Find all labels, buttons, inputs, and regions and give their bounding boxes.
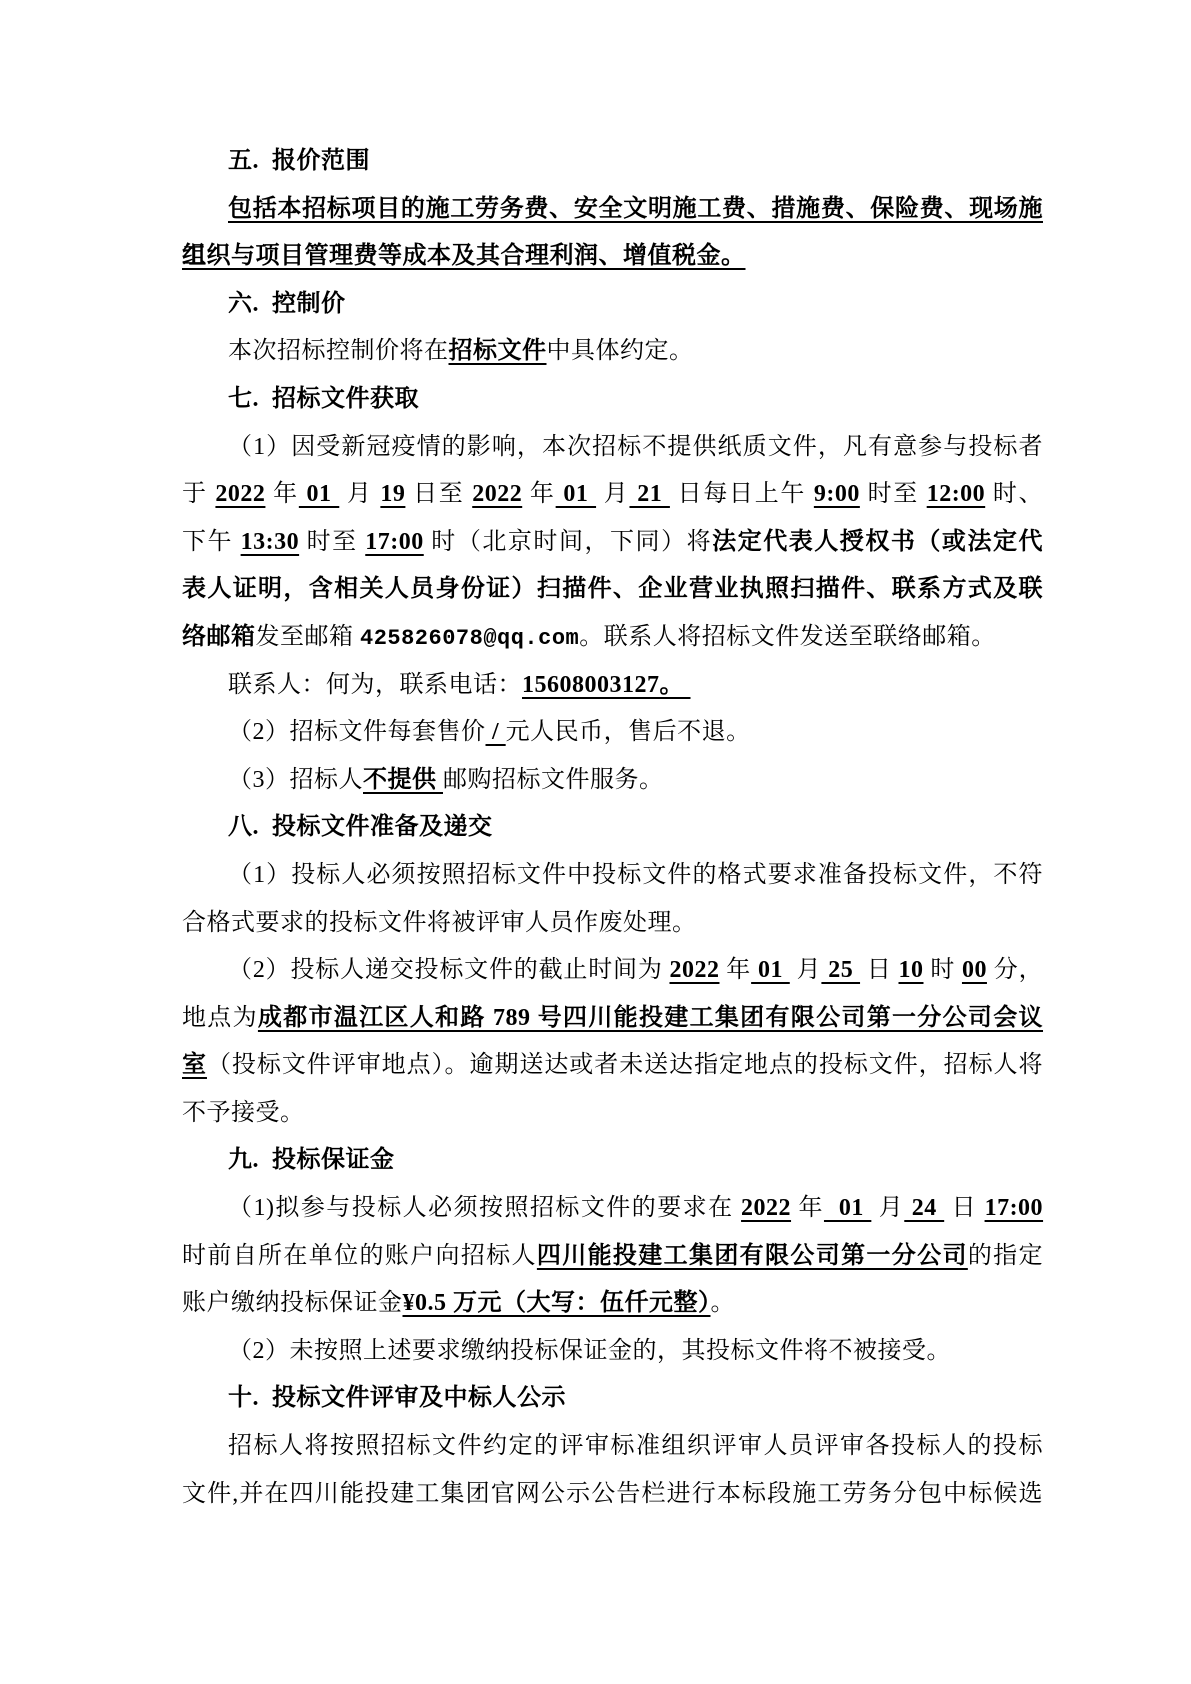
section-heading-7: 七. 招标文件获取 xyxy=(182,376,1043,424)
text-segment: 日每日上午 xyxy=(670,481,814,507)
text-segment: 时、 xyxy=(985,481,1043,507)
text-segment: 时至 xyxy=(860,481,927,507)
text-segment: 年 xyxy=(265,481,298,507)
text-segment: 时 xyxy=(924,957,962,983)
text-line: 表人证明，含相关人员身份证）扫描件、企业营业执照扫描件、联系方式及联 xyxy=(182,566,1043,614)
text-segment: 日至 xyxy=(405,481,472,507)
text-line: 地点为成都市温江区人和路 789 号四川能投建工集团有限公司第一分公司会议 xyxy=(182,995,1043,1043)
heading-text: 九. 投标保证金 xyxy=(228,1147,395,1173)
contact-phone: 15608003127。 xyxy=(522,672,691,698)
text-line: （2）招标文件每套售价 / 元人民币，售后不退。 xyxy=(182,709,1043,757)
mail-order-availability: 不提供 xyxy=(363,767,443,793)
text-line: 不予接受。 xyxy=(182,1090,1043,1138)
section-heading-10: 十. 投标文件评审及中标人公示 xyxy=(182,1375,1043,1423)
heading-text: 八. 投标文件准备及递交 xyxy=(228,814,493,840)
text-segment: 邮购招标文件服务。 xyxy=(443,767,664,793)
text-segment: 不予接受。 xyxy=(182,1100,305,1126)
afternoon-end-time: 17:00 xyxy=(365,529,424,555)
text-segment: 于 xyxy=(182,481,215,507)
document-price: / xyxy=(486,719,506,745)
text-line: 室（投标文件评审地点）。逾期送达或者未送达指定地点的投标文件，招标人将 xyxy=(182,1042,1043,1090)
end-year: 2022 xyxy=(472,481,522,507)
section-heading-9: 九. 投标保证金 xyxy=(182,1137,1043,1185)
text-segment: （2）未按照上述要求缴纳投标保证金的，其投标文件将不被接受。 xyxy=(228,1338,951,1364)
quote-scope-text: 组织与项目管理费等成本及其合理利润、增值税金。 xyxy=(182,243,746,269)
text-segment: 年 xyxy=(791,1195,824,1221)
text-line: 于 2022 年 01 月 19 日至 2022 年 01 月 21 日每日上午… xyxy=(182,471,1043,519)
text-segment: 月 xyxy=(339,481,380,507)
contact-person-label: 联系人：何为，联系电话： xyxy=(228,672,522,698)
start-year: 2022 xyxy=(215,481,265,507)
text-line: （1）因受新冠疫情的影响，本次招标不提供纸质文件，凡有意参与投标者 xyxy=(182,424,1043,472)
section-heading-8: 八. 投标文件准备及递交 xyxy=(182,804,1043,852)
text-segment: 年 xyxy=(522,481,555,507)
heading-text: 七. 招标文件获取 xyxy=(228,386,419,412)
text-segment: 月 xyxy=(790,957,822,983)
text-segment: 合格式要求的投标文件将被评审人员作废处理。 xyxy=(182,910,697,936)
deadline-month: 01 xyxy=(751,957,790,983)
text-segment: 发至邮箱 xyxy=(256,624,361,650)
text-segment: 时（北京时间，下同）将 xyxy=(424,529,712,555)
text-line: 下午 13:30 时至 17:00 时（北京时间，下同）将法定代表人授权书（或法… xyxy=(182,519,1043,567)
text-line: （1)拟参与投标人必须按照招标文件的要求在 2022 年 01 月 24 日 1… xyxy=(182,1185,1043,1233)
heading-text: 五. 报价范围 xyxy=(228,148,370,174)
text-line: （2）未按照上述要求缴纳投标保证金的，其投标文件将不被接受。 xyxy=(182,1328,1043,1376)
text-segment: 招标人将按照招标文件约定的评审标准组织评审人员评审各投标人的投标 xyxy=(228,1433,1043,1459)
heading-text: 十. 投标文件评审及中标人公示 xyxy=(228,1385,566,1411)
document-body: 五. 报价范围包括本招标项目的施工劳务费、安全文明施工费、措施费、保险费、现场施… xyxy=(182,138,1043,1518)
end-day: 21 xyxy=(629,481,669,507)
text-line: 本次招标控制价将在招标文件中具体约定。 xyxy=(182,328,1043,376)
text-line: （1）投标人必须按照招标文件中投标文件的格式要求准备投标文件，不符 xyxy=(182,852,1043,900)
text-line: 联系人：何为，联系电话：15608003127。 xyxy=(182,662,1043,710)
heading-text: 六. 控制价 xyxy=(228,291,346,317)
text-line: 账户缴纳投标保证金¥0.5 万元（大写：伍仟元整）。 xyxy=(182,1280,1043,1328)
section-heading-5: 五. 报价范围 xyxy=(182,138,1043,186)
start-month: 01 xyxy=(299,481,339,507)
deposit-deadline-day: 24 xyxy=(904,1195,944,1221)
text-line: 文件,并在四川能投建工集团官网公示公告栏进行本标段施工劳务分包中标候选 xyxy=(182,1471,1043,1519)
text-segment: 下午 xyxy=(182,529,241,555)
text-segment: 本次招标控制价将在 xyxy=(228,338,449,364)
text-segment: （1)拟参与投标人必须按照招标文件的要求在 xyxy=(228,1195,741,1221)
text-line: （3）招标人不提供 邮购招标文件服务。 xyxy=(182,757,1043,805)
morning-end-time: 12:00 xyxy=(927,481,986,507)
emphasis-text: 招标文件 xyxy=(449,338,547,364)
text-segment: 文件,并在四川能投建工集团官网公示公告栏进行本标段施工劳务分包中标候选 xyxy=(182,1481,1043,1507)
text-segment: （投标文件评审地点）。逾期送达或者未送达指定地点的投标文件，招标人将 xyxy=(207,1052,1043,1078)
text-segment: 的指定 xyxy=(968,1243,1043,1269)
text-segment: 时至 xyxy=(299,529,365,555)
text-segment: 日 xyxy=(860,957,898,983)
required-documents-text: 法定代表人授权书（或法定代 xyxy=(712,529,1043,555)
text-line: 时前自所在单位的账户向招标人四川能投建工集团有限公司第一分公司的指定 xyxy=(182,1233,1043,1281)
text-segment: 时前自所在单位的账户向招标人 xyxy=(182,1243,537,1269)
submission-address: 室 xyxy=(182,1052,207,1078)
text-segment: 。 xyxy=(711,1290,736,1316)
text-segment: 日 xyxy=(944,1195,984,1221)
deadline-year: 2022 xyxy=(669,957,719,983)
text-line: （2）投标人递交投标文件的截止时间为 2022 年 01 月 25 日 10 时… xyxy=(182,947,1043,995)
text-segment: 分， xyxy=(987,957,1043,983)
afternoon-start-time: 13:30 xyxy=(241,529,300,555)
morning-start-time: 9:00 xyxy=(814,481,860,507)
deadline-hour: 10 xyxy=(899,957,924,983)
deposit-deadline-time: 17:00 xyxy=(985,1195,1044,1221)
deadline-minute: 00 xyxy=(962,957,987,983)
text-line: 组织与项目管理费等成本及其合理利润、增值税金。 xyxy=(182,233,1043,281)
text-segment: 元人民币，售后不退。 xyxy=(506,719,751,745)
required-documents-text: 表人证明，含相关人员身份证）扫描件、企业营业执照扫描件、联系方式及联 xyxy=(182,576,1043,602)
text-segment: （3）招标人 xyxy=(228,767,363,793)
text-segment: 。联系人将招标文件发送至联络邮箱。 xyxy=(579,624,996,650)
text-segment: 月 xyxy=(596,481,629,507)
text-segment: （1）投标人必须按照招标文件中投标文件的格式要求准备投标文件，不符 xyxy=(228,862,1043,888)
section-heading-6: 六. 控制价 xyxy=(182,281,1043,329)
deadline-day: 25 xyxy=(821,957,860,983)
text-segment: （1）因受新冠疫情的影响，本次招标不提供纸质文件，凡有意参与投标者 xyxy=(228,434,1043,460)
deposit-deadline-year: 2022 xyxy=(741,1195,791,1221)
end-month: 01 xyxy=(556,481,596,507)
deposit-deadline-month: 01 xyxy=(824,1195,871,1221)
required-documents-text: 络邮箱 xyxy=(182,624,256,650)
bid-deposit-amount: ¥0.5 万元（大写：伍仟元整） xyxy=(403,1290,711,1316)
text-line: 络邮箱发至邮箱 425826078@qq.com。联系人将招标文件发送至联络邮箱… xyxy=(182,614,1043,662)
start-day: 19 xyxy=(380,481,405,507)
text-segment: 地点为 xyxy=(182,1005,258,1031)
text-segment: 年 xyxy=(719,957,751,983)
text-segment: （2）招标文件每套售价 xyxy=(228,719,486,745)
tenderer-name: 四川能投建工集团有限公司第一分公司 xyxy=(537,1243,968,1269)
submission-address: 成都市温江区人和路 789 号四川能投建工集团有限公司第一分公司会议 xyxy=(258,1005,1043,1031)
text-line: 合格式要求的投标文件将被评审人员作废处理。 xyxy=(182,900,1043,948)
text-segment: （2）投标人递交投标文件的截止时间为 xyxy=(228,957,669,983)
text-segment: 月 xyxy=(871,1195,904,1221)
text-segment: 账户缴纳投标保证金 xyxy=(182,1290,403,1316)
text-segment: 中具体约定。 xyxy=(547,338,694,364)
document-page: 五. 报价范围包括本招标项目的施工劳务费、安全文明施工费、措施费、保险费、现场施… xyxy=(0,0,1191,1684)
contact-email: 425826078@qq.com xyxy=(360,626,579,651)
text-line: 包括本招标项目的施工劳务费、安全文明施工费、措施费、保险费、现场施工 xyxy=(182,186,1043,234)
text-line: 招标人将按照招标文件约定的评审标准组织评审人员评审各投标人的投标 xyxy=(182,1423,1043,1471)
